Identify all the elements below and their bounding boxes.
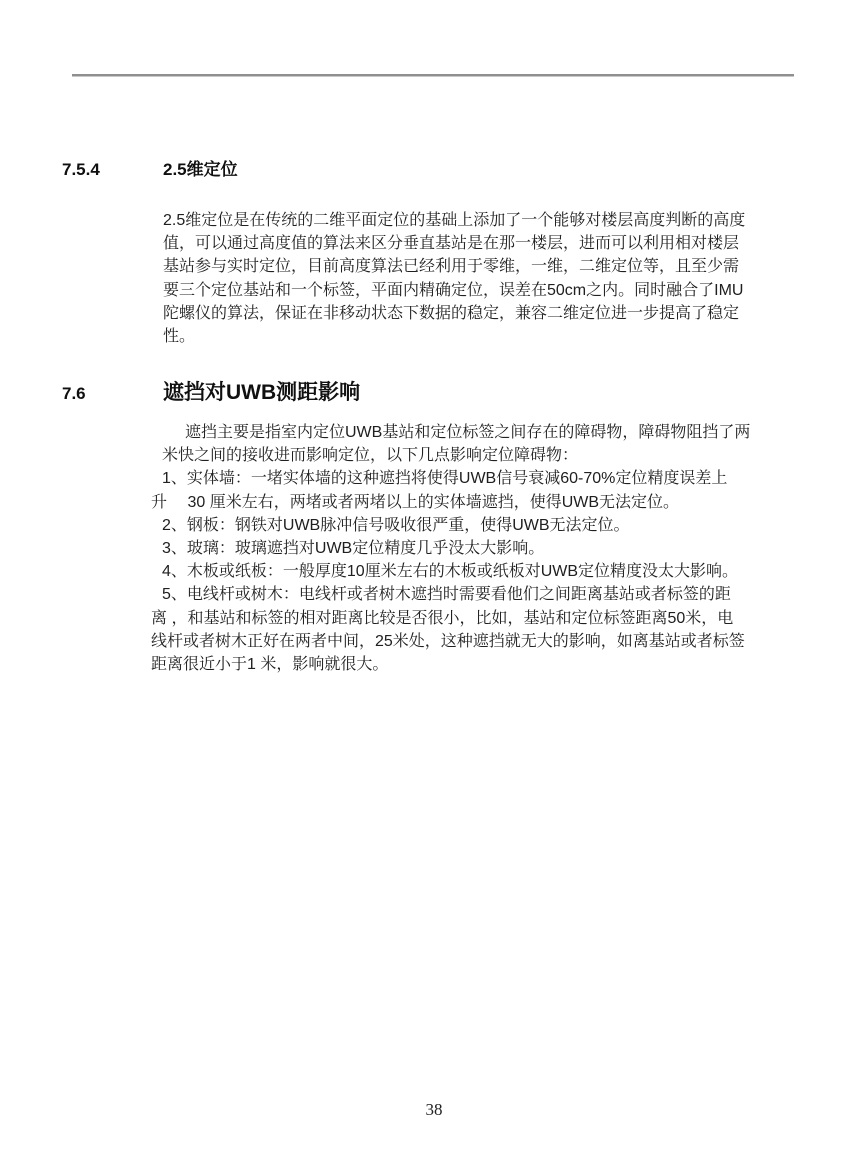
text-line: 值，可以通过高度值的算法来区分垂直基站是在那一楼层，进而可以利用相对楼层: [163, 232, 792, 255]
text-line: 1、实体墙：一堵实体墙的这种遮挡将使得UWB信号衰减60-70%定位精度误差上: [151, 467, 792, 490]
header-rule: [72, 74, 794, 77]
text-line: 基站参与实时定位，目前高度算法已经利用于零维，一维，二维定位等，且至少需: [163, 255, 792, 278]
text-line: 3、玻璃：玻璃遮挡对UWB定位精度几乎没太大影响。: [151, 537, 792, 560]
section-title: 2.5维定位: [163, 155, 238, 180]
text-line: 升 30 厘米左右，两堵或者两堵以上的实体墙遮挡，使得UWB无法定位。: [151, 491, 792, 514]
section-title: 遮挡对UWB测距影响: [163, 376, 360, 406]
section-heading: 7.5.4 2.5维定位: [62, 155, 792, 180]
text-line: 离 ，和基站和标签的相对距离比较是否很小，比如，基站和定位标签距离50米，电: [151, 607, 792, 630]
text-line: 2.5维定位是在传统的二维平面定位的基础上添加了一个能够对楼层高度判断的高度: [163, 209, 792, 232]
section-body: 遮挡主要是指室内定位UWB基站和定位标签之间存在的障碍物，障碍物阻挡了两 米快之…: [151, 421, 792, 676]
text-line: 遮挡主要是指室内定位UWB基站和定位标签之间存在的障碍物，障碍物阻挡了两: [151, 421, 792, 444]
text-line: 线杆或者树木正好在两者中间，25米处，这种遮挡就无大的影响，如离基站或者标签: [151, 630, 792, 653]
section-number: 7.5.4: [62, 160, 163, 180]
text-line: 要三个定位基站和一个标签，平面内精确定位，误差在50cm之内。同时融合了IMU: [163, 279, 792, 302]
section-body: 2.5维定位是在传统的二维平面定位的基础上添加了一个能够对楼层高度判断的高度 值…: [163, 209, 792, 348]
section-number: 7.6: [62, 384, 163, 404]
text-line: 距离很近小于1 米，影响就很大。: [151, 653, 792, 676]
section-occlusion-uwb: 7.6 遮挡对UWB测距影响 遮挡主要是指室内定位UWB基站和定位标签之间存在的…: [62, 376, 792, 676]
document-page: 7.5.4 2.5维定位 2.5维定位是在传统的二维平面定位的基础上添加了一个能…: [0, 0, 868, 1157]
text-line: 陀螺仪的算法，保证在非移动状态下数据的稳定，兼容二维定位进一步提高了稳定: [163, 302, 792, 325]
text-line: 性。: [163, 325, 792, 348]
text-line: 2、钢板：钢铁对UWB脉冲信号吸收很严重，使得UWB无法定位。: [151, 514, 792, 537]
section-2-5d-positioning: 7.5.4 2.5维定位 2.5维定位是在传统的二维平面定位的基础上添加了一个能…: [62, 155, 792, 348]
text-line: 4、木板或纸板：一般厚度10厘米左右的木板或纸板对UWB定位精度没太大影响。: [151, 560, 792, 583]
text-line: 5、电线杆或树木：电线杆或者树木遮挡时需要看他们之间距离基站或者标签的距: [151, 583, 792, 606]
section-heading: 7.6 遮挡对UWB测距影响: [62, 376, 792, 406]
text-line: 米快之间的接收进而影响定位，以下几点影响定位障碍物：: [151, 444, 792, 467]
page-number: 38: [0, 1100, 868, 1120]
